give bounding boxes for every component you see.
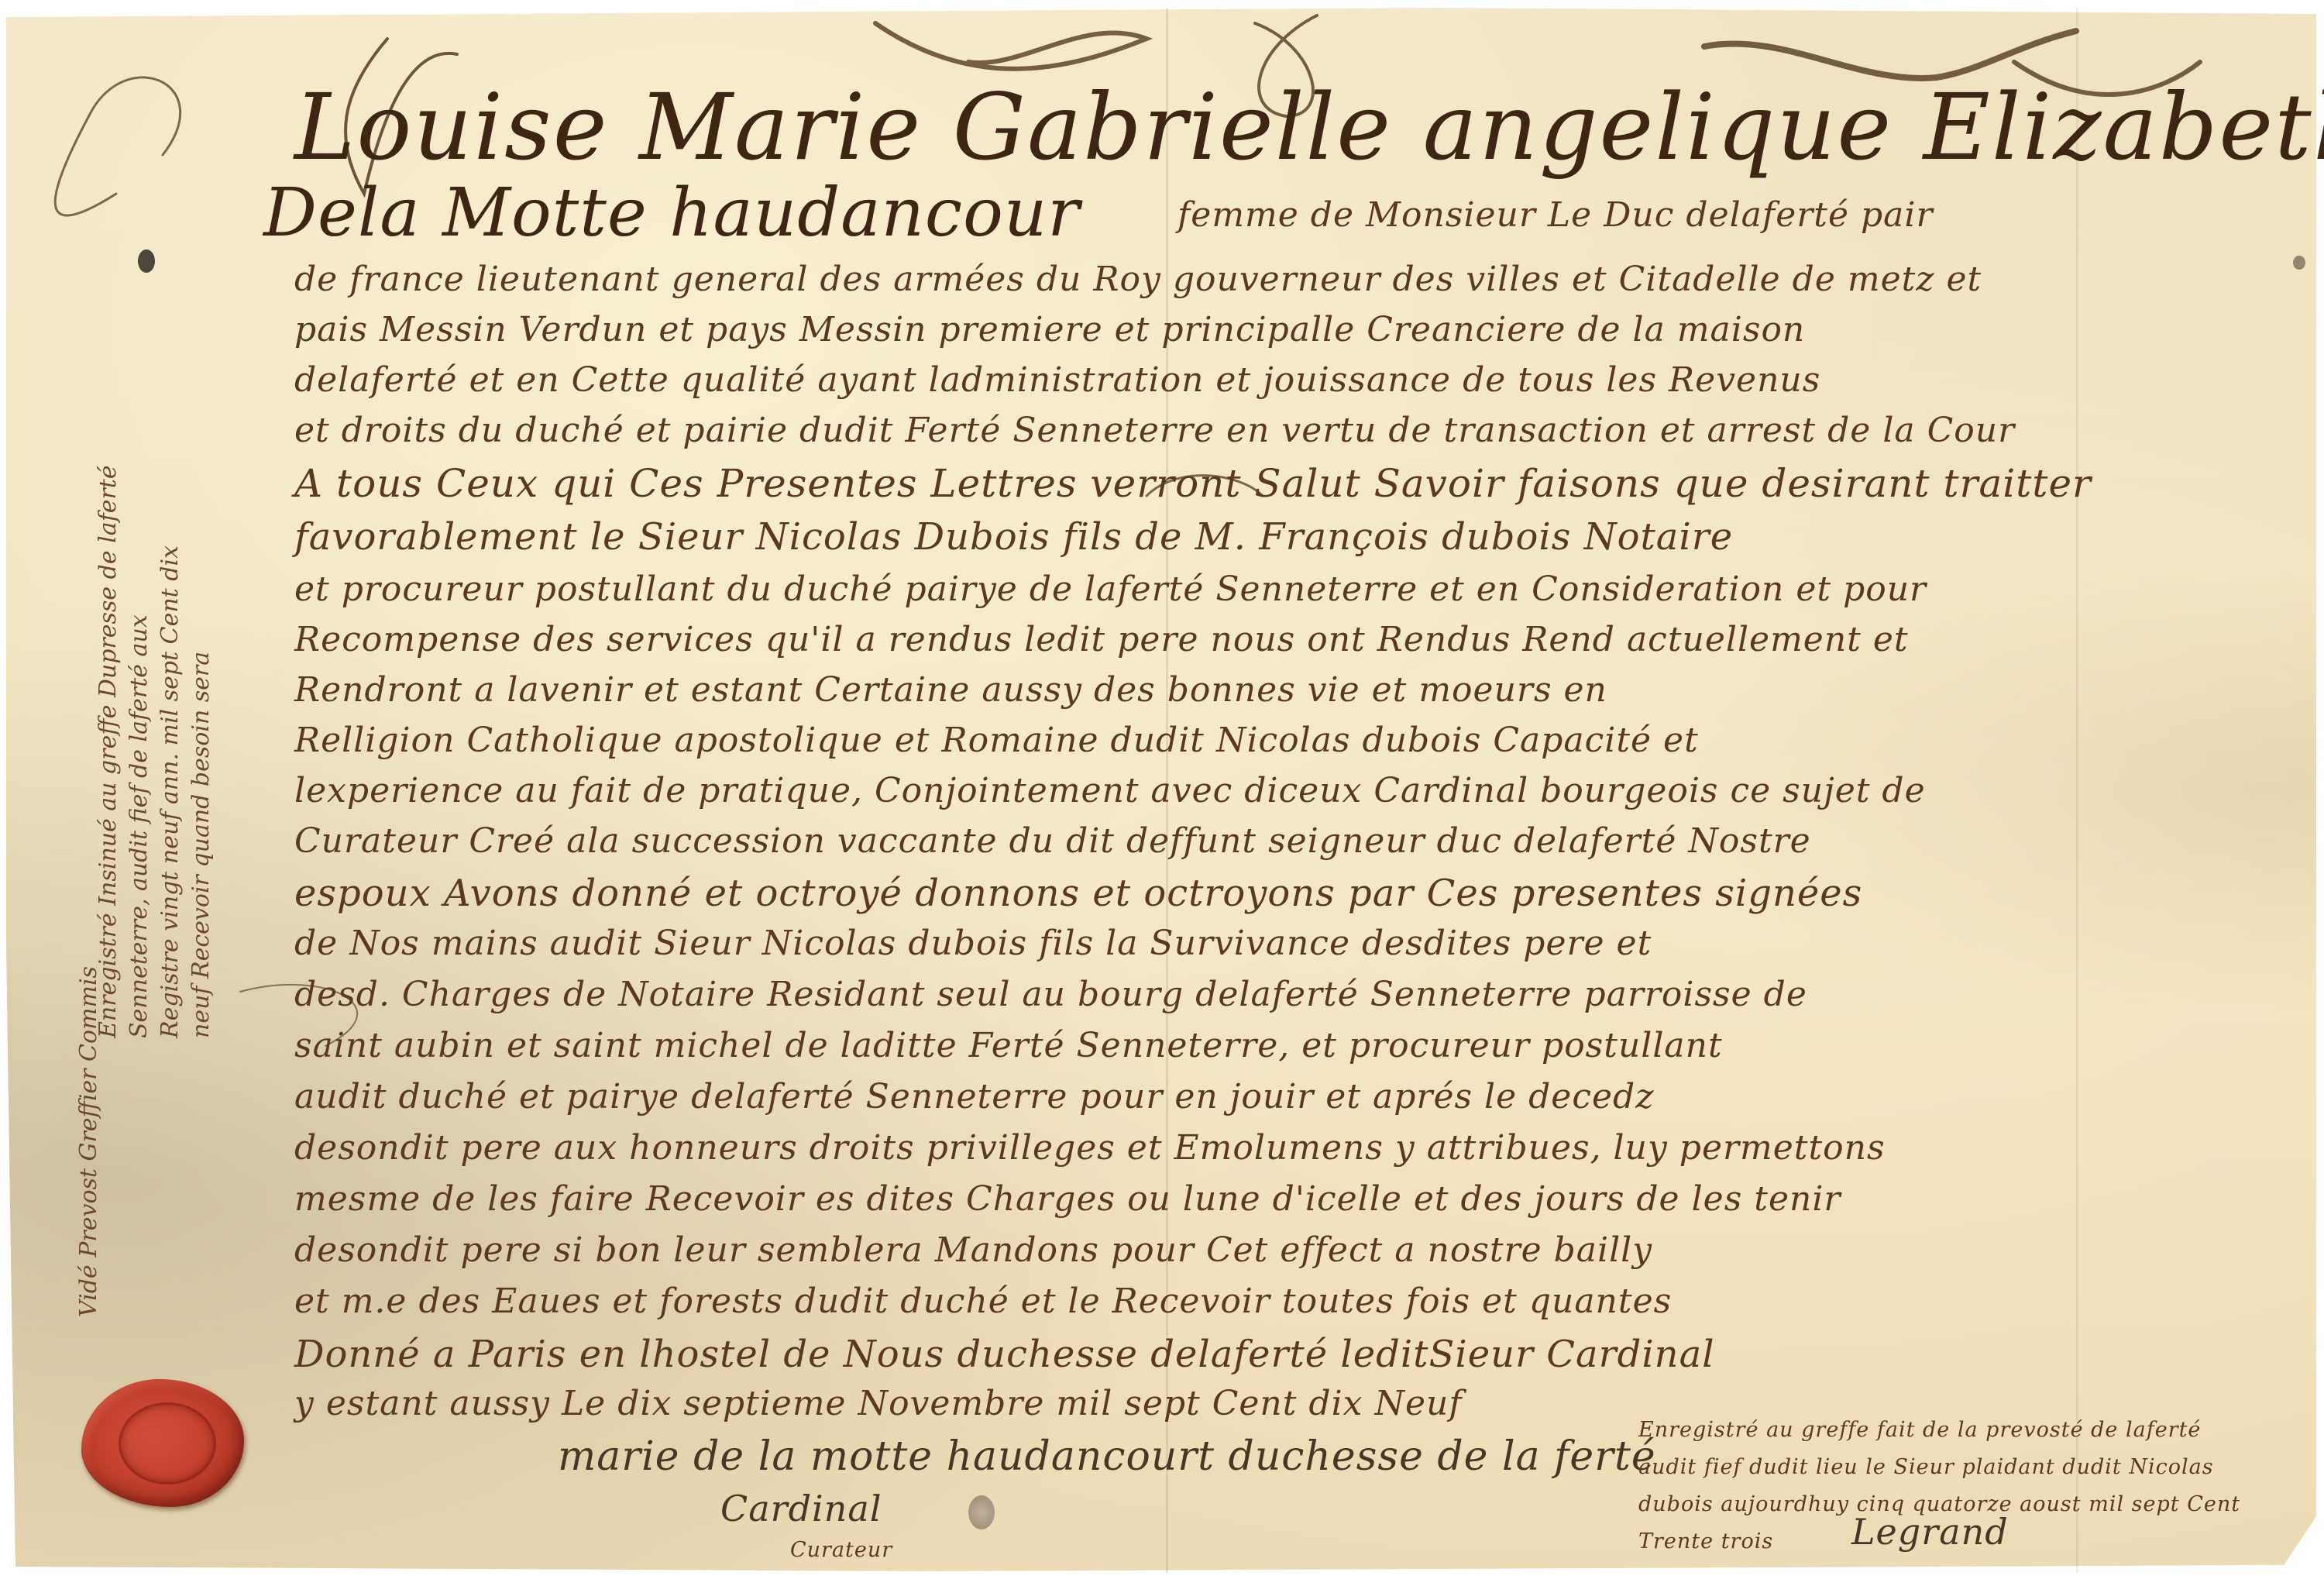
body-line: saint aubin et saint michel de laditte F…	[294, 1026, 1723, 1065]
body-line: lexperience au fait de pratique, Conjoin…	[294, 771, 1926, 810]
body-line: et m.e des Eaues et forests dudit duché …	[294, 1282, 1672, 1321]
body-line: desondit pere si bon leur semblera Mando…	[294, 1230, 1652, 1270]
stain-mark	[968, 1495, 995, 1529]
body-line: A tous Ceux qui Ces Presentes Lettres ve…	[294, 461, 2092, 506]
body-line: favorablement le Sieur Nicolas Dubois fi…	[294, 515, 1733, 559]
ink-blot	[2293, 256, 2305, 270]
body-line: delaferté et en Cette qualité ayant ladm…	[294, 360, 1820, 400]
body-line: desondit pere aux honneurs droits privil…	[294, 1128, 1886, 1168]
body-line: desd. Charges de Notaire Residant seul a…	[294, 975, 1807, 1014]
dating-clause: Donné a Paris en lhostel de Nous duchess…	[294, 1333, 1715, 1376]
fold-line-right	[2076, 8, 2078, 1573]
body-line: Rendront a lavenir et estant Certaine au…	[294, 670, 1607, 710]
body-line: espoux Avons donné et octroyé donnons et…	[294, 872, 1862, 915]
dating-clause-date: y estant aussy Le dix septieme Novembre …	[294, 1384, 1463, 1423]
body-line: Recompense des services qu'il a rendus l…	[294, 620, 1909, 659]
cardinal-title: Curateur	[790, 1538, 892, 1562]
heading-line-2: Dela Motte haudancour	[263, 174, 1080, 252]
body-line: Relligion Catholique apostolique et Roma…	[294, 721, 1699, 760]
red-wax-seal-icon	[81, 1379, 244, 1507]
body-line: et droits du duché et pairie dudit Ferté…	[294, 411, 2015, 450]
ink-blot	[138, 249, 155, 273]
margin-note-line: neuf Recevoir quand besoin sera	[186, 341, 217, 1038]
registration-note-line: audit fief dudit lieu le Sieur plaidant …	[1638, 1455, 2214, 1479]
duchess-signature: marie de la motte haudancourt duchesse d…	[558, 1433, 1656, 1480]
body-line: pais Messin Verdun et pays Messin premie…	[294, 310, 1805, 349]
cardinal-signature: Cardinal	[720, 1488, 882, 1529]
margin-signature-text: Vidé Prevost Greffier Commis	[74, 1007, 105, 1317]
registration-note-line: Trente trois	[1638, 1529, 1773, 1553]
body-line: audit duché et pairye delaferté Senneter…	[294, 1077, 1654, 1116]
body-line: de france lieutenant general des armées …	[294, 260, 1982, 299]
body-line: Curateur Creé ala succession vaccante du…	[294, 821, 1811, 861]
margin-registration-note: Enregistré Insinué au greffe Dupresse de…	[93, 341, 217, 1038]
registrar-signature: Legrand	[1851, 1511, 2009, 1553]
body-line: de Nos mains audit Sieur Nicolas dubois …	[294, 924, 1652, 963]
seal-impression-icon	[119, 1402, 216, 1485]
body-line: mesme de les faire Recevoir es dites Cha…	[294, 1179, 1841, 1219]
heading-line-1: Louise Marie Gabrielle angelique Elizabe…	[294, 74, 2324, 181]
margin-signature: Vidé Prevost Greffier Commis	[74, 1007, 105, 1317]
body-line: et procureur postullant du duché pairye …	[294, 569, 1927, 609]
margin-note-line: Senneterre, audit fief de laferté aux	[124, 341, 155, 1038]
registration-note-line: Enregistré au greffe fait de la prevosté…	[1638, 1418, 2201, 1442]
margin-note-line: Enregistré Insinué au greffe Dupresse de…	[93, 341, 124, 1038]
margin-note-line: Registre vingt neuf ann. mil sept Cent d…	[155, 341, 186, 1038]
heading-line-2-rest: femme de Monsieur Le Duc delaferté pair	[1177, 195, 1933, 235]
